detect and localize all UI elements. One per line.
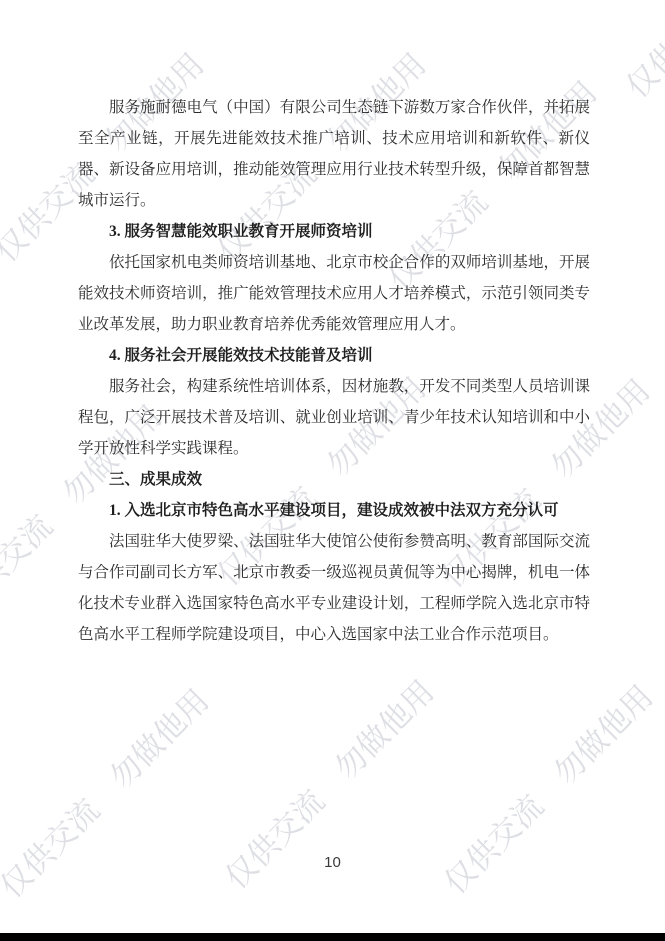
- paragraph-schneider-partners: 服务施耐德电气（中国）有限公司生态链下游数万家合作伙伴，并拓展至全产业链，开展先…: [78, 92, 590, 216]
- heading-item-4-public-training: 4. 服务社会开展能效技术技能普及培训: [78, 340, 590, 371]
- watermark-text: 仅供交流 勿做他用: [616, 0, 665, 109]
- document-content: 服务施耐德电气（中国）有限公司生态链下游数万家合作伙伴，并拓展至全产业链，开展先…: [78, 92, 590, 650]
- heading-item-3-teacher-training: 3. 服务智慧能效职业教育开展师资培训: [78, 216, 590, 247]
- heading-result-1-beijing-project: 1. 入选北京市特色高水平建设项目，建设成效被中法双方充分认可: [78, 495, 590, 526]
- paragraph-public-training: 服务社会，构建系统性培训体系，因材施教，开发不同类型人员培训课程包，广泛开展技术…: [78, 371, 590, 464]
- document-page: 仅供交流 勿做他用 仅供交流 勿做他用 仅供交流 勿做他用 仅供交流 勿做他用 …: [0, 0, 665, 941]
- watermark-text: 仅供交流 勿做他用: [0, 679, 220, 908]
- paragraph-recognition: 法国驻华大使罗梁、法国驻华大使馆公使衔参赞高明、教育部国际交流与合作司副司长方军…: [78, 526, 590, 650]
- scan-bottom-edge: [0, 933, 665, 941]
- paragraph-teacher-training: 依托国家机电类师资培训基地、北京市校企合作的双师培训基地，开展能效技术师资培训，…: [78, 247, 590, 340]
- heading-section-3-achievements: 三、成果成效: [78, 464, 590, 495]
- page-number: 10: [0, 854, 665, 871]
